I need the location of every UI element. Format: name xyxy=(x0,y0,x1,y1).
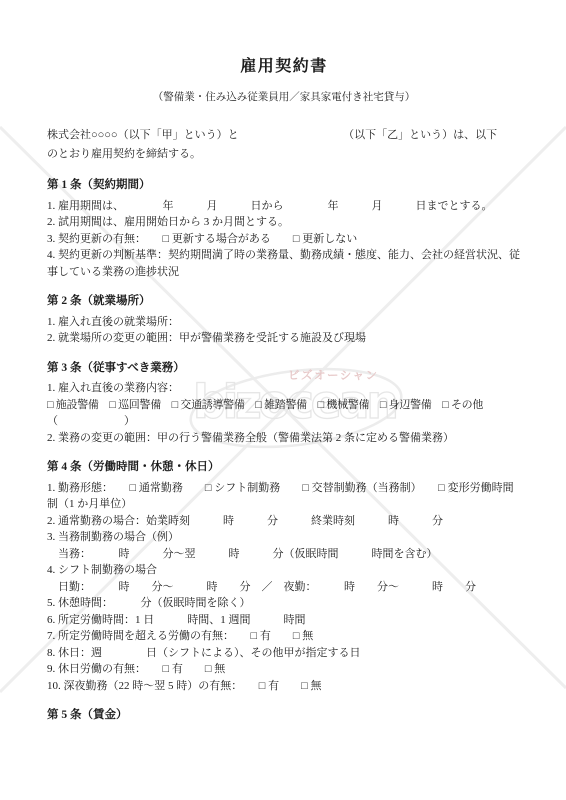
article-5-heading: 第 5 条（賃金） xyxy=(47,707,521,724)
document-title: 雇用契約書 xyxy=(47,55,521,79)
article-line: 6. 所定労働時間：1 日 時間、1 週間 時間 xyxy=(47,612,521,629)
article-4-heading: 第 4 条（労働時間・休憩・休日） xyxy=(47,459,521,476)
intro-paragraph: 株式会社○○○○（以下「甲」という）と （以下「乙」という）は、以下 のとおり雇… xyxy=(47,126,521,164)
article-line: 日勤： 時 分～ 時 分 ／ 夜勤： 時 分～ 時 分 xyxy=(47,579,521,596)
article-line: 2. 試用期間は、雇用開始日から 3 か月間とする。 xyxy=(47,214,521,231)
article-line: 1. 雇用期間は、 年 月 日から 年 月 日までとする。 xyxy=(47,198,521,215)
article-line: 3. 当務制勤務の場合（例） xyxy=(47,529,521,546)
article-line: 9. 休日労働の有無： □ 有 □ 無 xyxy=(47,661,521,678)
article-3-heading: 第 3 条（従事すべき業務） xyxy=(47,360,521,377)
intro-line-1: 株式会社○○○○（以下「甲」という）と （以下「乙」という）は、以下 xyxy=(47,126,521,145)
article-line: 当務： 時 分～翌 時 分（仮眠時間 時間を含む） xyxy=(47,546,521,563)
article-5-wages: 第 5 条（賃金） xyxy=(47,707,521,724)
article-line: 8. 休日：週 日（シフトによる）、その他甲が指定する日 xyxy=(47,645,521,662)
article-3-duties: 第 3 条（従事すべき業務） 1. 雇入れ直後の業務内容： □ 施設警備 □ 巡… xyxy=(47,360,521,447)
document-subtitle: （警備業・住み込み従業員用／家具家電付き社宅貸与） xyxy=(47,91,521,105)
article-line: 3. 契約更新の有無： □ 更新する場合がある □ 更新しない xyxy=(47,231,521,248)
article-line: 1. 雇入れ直後の業務内容： xyxy=(47,380,521,397)
article-2-work-location: 第 2 条（就業場所） 1. 雇入れ直後の就業場所： 2. 就業場所の変更の範囲… xyxy=(47,293,521,347)
article-2-heading: 第 2 条（就業場所） xyxy=(47,293,521,310)
intro-line-2: のとおり雇用契約を締結する。 xyxy=(47,145,521,164)
article-line-checkboxes: 1. 勤務形態： □ 通常勤務 □ シフト制勤務 □ 交替制勤務（当務制） □ … xyxy=(47,480,521,513)
document-content: 雇用契約書 （警備業・住み込み従業員用／家具家電付き社宅貸与） 株式会社○○○○… xyxy=(47,55,521,728)
article-line: 2. 就業場所の変更の範囲：甲が警備業務を受託する施設及び現場 xyxy=(47,330,521,347)
article-line-checkboxes: □ 施設警備 □ 巡回警備 □ 交通誘導警備 □ 雑踏警備 □ 機械警備 □ 身… xyxy=(47,397,521,414)
article-line: 2. 通常勤務の場合：始業時刻 時 分 終業時刻 時 分 xyxy=(47,513,521,530)
article-1-contract-period: 第 1 条（契約期間） 1. 雇用期間は、 年 月 日から 年 月 日までとする… xyxy=(47,177,521,280)
article-4-working-hours: 第 4 条（労働時間・休憩・休日） 1. 勤務形態： □ 通常勤務 □ シフト制… xyxy=(47,459,521,694)
article-line: （ ） xyxy=(47,413,521,430)
article-line: 1. 雇入れ直後の就業場所： xyxy=(47,314,521,331)
article-line: 4. 契約更新の判断基準：契約期間満了時の業務量、勤務成績・態度、能力、会社の経… xyxy=(47,247,521,280)
article-line: 5. 休憩時間： 分（仮眠時間を除く） xyxy=(47,595,521,612)
article-line: 10. 深夜勤務（22 時～翌 5 時）の有無： □ 有 □ 無 xyxy=(47,678,521,695)
contract-page: ビズオーシャン bizocean 雇用契約書 （警備業・住み込み従業員用／家具家… xyxy=(0,0,566,800)
article-1-heading: 第 1 条（契約期間） xyxy=(47,177,521,194)
article-line: 4. シフト制勤務の場合 xyxy=(47,562,521,579)
article-line: 7. 所定労働時間を超える労働の有無： □ 有 □ 無 xyxy=(47,628,521,645)
article-line: 2. 業務の変更の範囲：甲の行う警備業務全般（警備業法第 2 条に定める警備業務… xyxy=(47,430,521,447)
